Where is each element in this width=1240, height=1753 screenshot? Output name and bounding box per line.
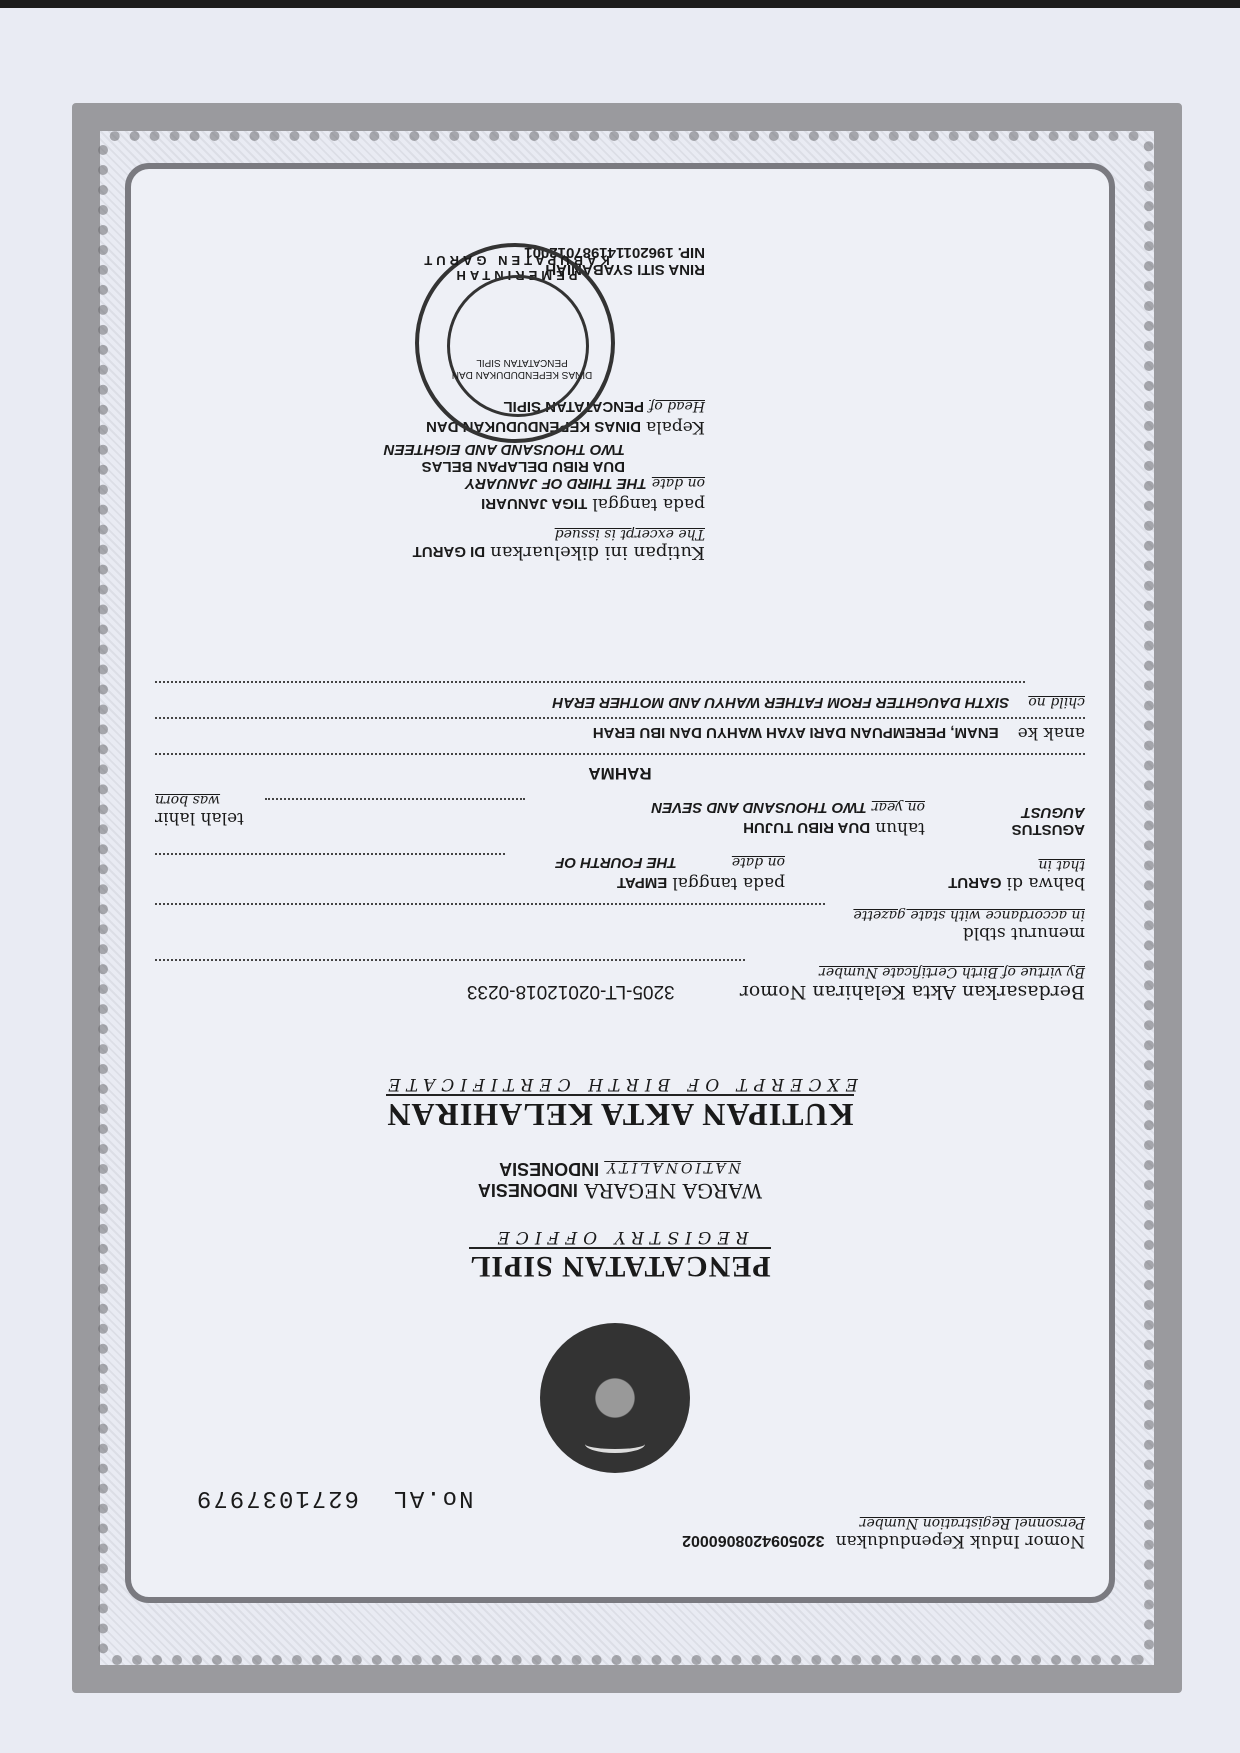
registration-number: 3205094208060002: [682, 1532, 824, 1549]
stamp-center-text: DINAS KEPENDUDUKAN DAN PENCATATAN SIPIL: [450, 356, 594, 380]
birthmonth-value: AGUSTUS: [1012, 821, 1085, 838]
issued-date-label-en: on date: [652, 475, 705, 491]
office-name: PENCATATAN SIPIL: [469, 1247, 770, 1283]
birthplace-value: GARUT: [948, 874, 1001, 891]
issued-place: DI GARUT: [413, 543, 486, 560]
child-order-label: anak ke: [1018, 723, 1085, 743]
cert-number-row: Berdasarkan Akta Kelahiran Nomor 3205-LT…: [155, 964, 1085, 1003]
registration-label-en: Personnel Registration Number: [682, 1515, 1085, 1531]
born-label: telah lahir: [155, 808, 244, 828]
birthyear-value-en: TWO THOUSAND AND SEVEN: [651, 799, 866, 816]
stamp-inner-ring: DINAS KEPENDUDUKAN DAN PENCATATAN SIPIL: [447, 275, 589, 417]
serial-number: No.AL 6271037979: [195, 1484, 473, 1511]
head-label-en: Head of: [649, 398, 705, 414]
gazette-label-en: in accordance with state gazette: [155, 907, 1085, 923]
office-title: PENCATATAN SIPIL REGISTRY OFFICE: [155, 1227, 1085, 1283]
serial-value: 6271037979: [195, 1484, 359, 1511]
dotted-line: [155, 959, 745, 961]
issued-year-value-en: TWO THOUSAND AND EIGHTEEN: [155, 441, 625, 458]
gazette-label: menurut stbld: [963, 923, 1085, 943]
child-order-label-en: child no: [1028, 694, 1085, 710]
issued-year-value: DUA RIBU DELAPAN BELAS: [155, 458, 625, 475]
dotted-line: [155, 753, 1085, 755]
issued-date-label: pada tanggal: [592, 494, 705, 514]
birthdate-value-en: THE FOURTH OF: [555, 854, 676, 871]
birthdate-label: pada tanggal: [672, 873, 785, 893]
birthdate-label-en: on date: [732, 854, 785, 870]
birthplace-label: bahwa di: [1007, 873, 1085, 893]
issued-date-value-en: THE THIRD OF JANUARY: [465, 475, 646, 492]
birthplace-row: bahwa di GARUT that in pada tanggal EMPA…: [155, 857, 1085, 893]
nationality-label: NATIONALITY: [604, 1159, 741, 1175]
child-order-row: anak ke ENAM, PEREMPUAN DARI AYAH WAHYU …: [155, 694, 1085, 743]
dotted-line: [155, 717, 1085, 719]
head-label: Kepala: [646, 417, 705, 437]
certificate-content: Nomor Induk Kependudukan 320509420806000…: [155, 183, 1085, 1583]
citizenship-value: INDONESIA: [478, 1180, 578, 1200]
issued-label: Kutipan ini dikeluarkan: [490, 542, 705, 563]
cert-number-label-en: By virtue of Birth Certificate Number: [155, 964, 1085, 980]
child-order-value-en: SIXTH DAUGHTER FROM FATHER WAHYU AND MOT…: [553, 694, 1010, 711]
gazette-row: menurut stbld in accordance with state g…: [155, 907, 1085, 943]
birth-certificate-document: Nomor Induk Kependudukan 320509420806000…: [0, 0, 1240, 1753]
child-order-value: ENAM, PEREMPUAN DARI AYAH WAHYU DAN IBU …: [593, 724, 999, 741]
dotted-line: [265, 798, 525, 800]
birthyear-label-en: on year: [872, 799, 925, 815]
birthmonth-value-en: AUGUST: [1012, 804, 1085, 821]
official-stamp-icon: PEMERINTAH KABUPATEN GARUT DINAS KEPENDU…: [415, 243, 615, 443]
document-title: KUTIPAN AKTA KELAHIRAN EXCERPT OF BIRTH …: [155, 1074, 1085, 1133]
document-name-en: EXCERPT OF BIRTH CERTIFICATE: [155, 1074, 1085, 1094]
dotted-line: [155, 903, 825, 905]
child-name-row: RAHMA: [155, 763, 1085, 783]
birthyear-label: tahun: [875, 818, 925, 838]
cert-number-label: Berdasarkan Akta Kelahiran Nomor: [740, 981, 1085, 1003]
dotted-line: [155, 681, 1025, 683]
born-label-en: was born: [155, 792, 244, 808]
garuda-emblem-icon: [540, 1323, 690, 1473]
birthyear-value: DUA RIBU TUJUH: [743, 819, 870, 836]
serial-label: No.AL: [391, 1484, 473, 1511]
citizenship-label: WARGA NEGARA: [584, 1179, 762, 1203]
citizenship-line: WARGA NEGARA INDONESIA: [155, 1179, 1085, 1203]
issued-label-en: The excerpt is issued: [155, 526, 705, 542]
cert-number-value: 3205-LT-02012018-0233: [467, 981, 675, 1002]
citizenship-block: WARGA NEGARA INDONESIA NATIONALITY INDON…: [155, 1158, 1085, 1203]
nationality-value: INDONESIA: [499, 1159, 599, 1179]
registration-label: Nomor Induk Kependudukan: [836, 1531, 1085, 1551]
child-name: RAHMA: [588, 764, 651, 783]
birthdate-group: pada tanggal EMPAT on date THE FOURTH OF: [555, 854, 785, 893]
nationality-line: NATIONALITY INDONESIA: [155, 1158, 1085, 1179]
birthdate-value: EMPAT: [617, 874, 667, 891]
dotted-line: [155, 853, 505, 855]
document-name: KUTIPAN AKTA KELAHIRAN: [386, 1094, 853, 1133]
issued-date-value: TIGA JANUARI: [481, 495, 587, 512]
office-name-en: REGISTRY OFFICE: [155, 1227, 1085, 1247]
